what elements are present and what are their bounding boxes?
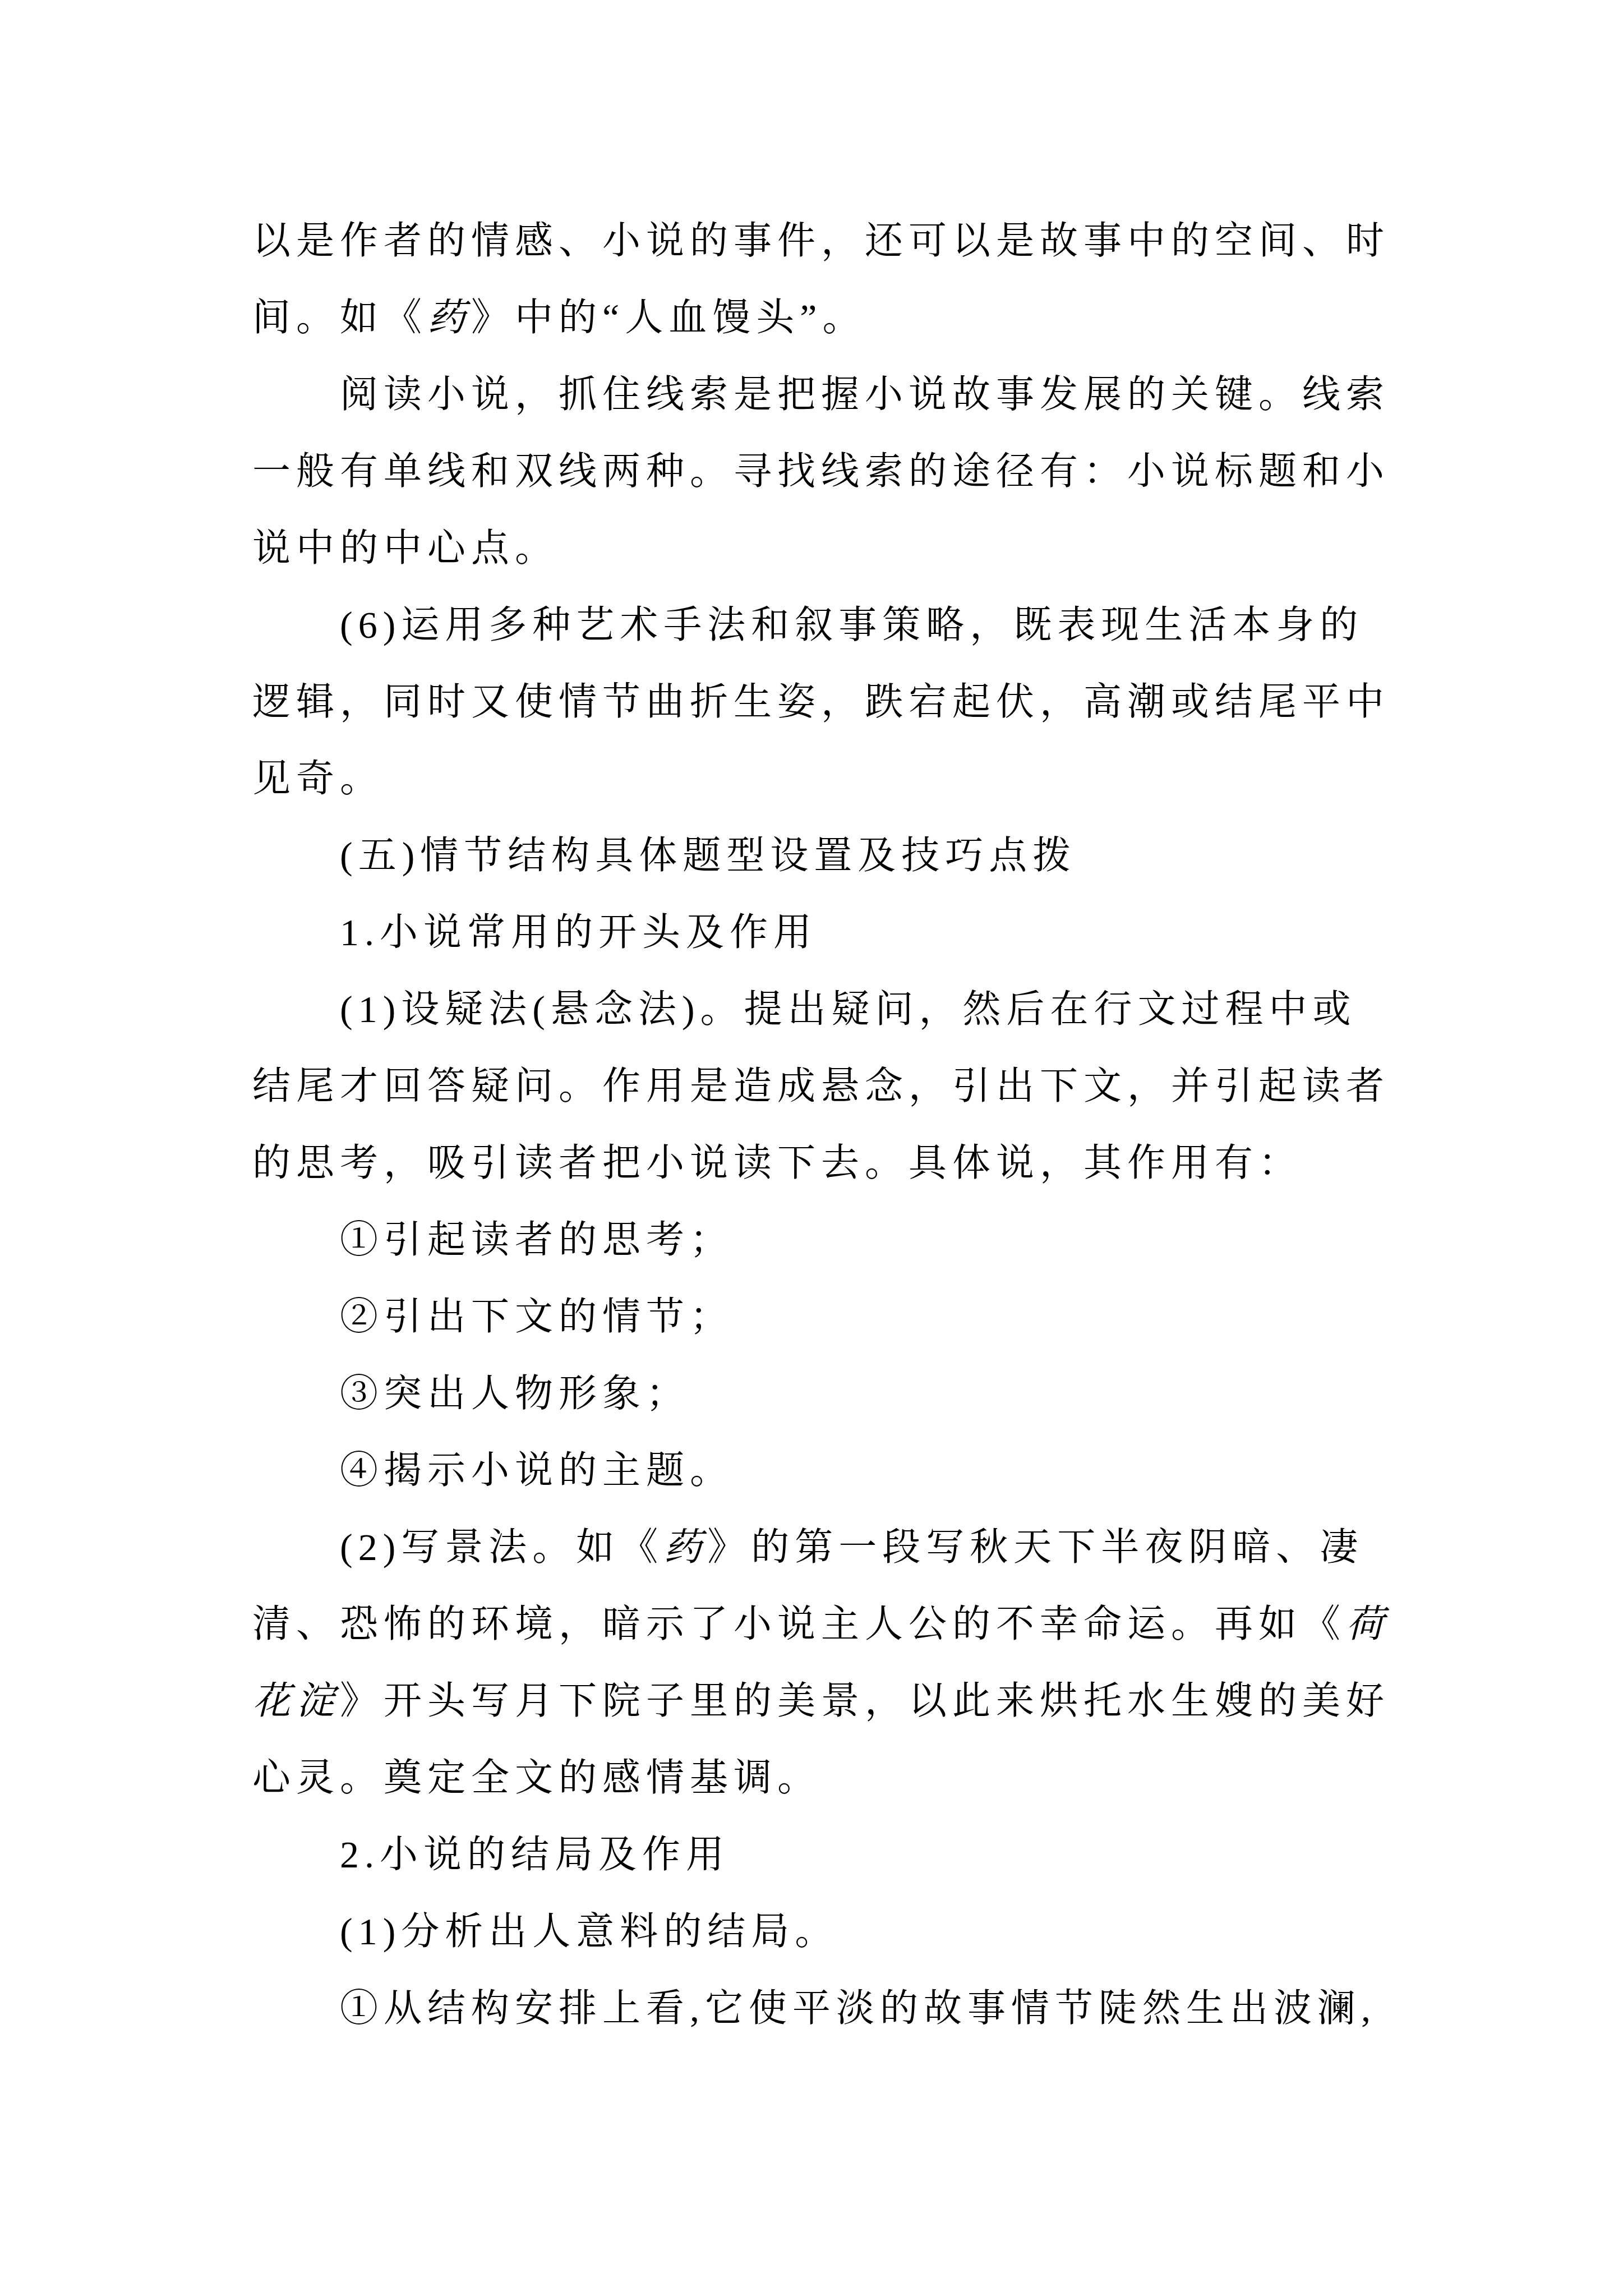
text-segment: 》开头写月下院子里的美景，以此来烘托水生嫂的美好: [340, 1680, 1390, 1722]
text-segment: 见奇。: [252, 757, 384, 800]
book-title: 药: [663, 1526, 707, 1568]
book-title: 荷: [1346, 1603, 1390, 1645]
text-segment: 逻辑，同时又使情节曲折生姿，跌宕起伏，高潮或结尾平中: [252, 680, 1390, 723]
text-segment: 间。如《: [252, 296, 427, 339]
text-line-2: 间。如《药》中的“人血馒头”。: [252, 279, 1387, 356]
text-line-8: 见奇。: [252, 740, 1387, 817]
book-title: 药: [427, 296, 471, 339]
text-segment: ③突出人物形象；: [340, 1372, 690, 1415]
text-segment: 2.小说的结局及作用: [340, 1833, 730, 1876]
text-line-10: 1.小说常用的开头及作用: [252, 894, 1387, 971]
text-line-18: (2)写景法。如《药》的第一段写秋天下半夜阴暗、凄: [252, 1509, 1387, 1586]
text-line-12: 结尾才回答疑问。作用是造成悬念，引出下文，并引起读者: [252, 1048, 1387, 1125]
text-line-21: 心灵。奠定全文的感情基调。: [252, 1740, 1387, 1816]
text-line-15: ②引出下文的情节；: [252, 1278, 1387, 1355]
text-segment: 说中的中心点。: [252, 527, 559, 569]
text-segment: 心灵。奠定全文的感情基调。: [252, 1756, 821, 1799]
text-segment: 阅读小说，抓住线索是把握小说故事发展的关键。线索: [340, 373, 1390, 416]
text-segment: (1)分析出人意料的结局。: [340, 1910, 838, 1953]
text-line-22: 2.小说的结局及作用: [252, 1816, 1387, 1893]
text-segment: 》的第一段写秋天下半夜阴暗、凄: [707, 1526, 1363, 1568]
document-text-block: 以是作者的情感、小说的事件，还可以是故事中的空间、时间。如《药》中的“人血馒头”…: [252, 203, 1387, 2047]
text-line-9: (五)情节结构具体题型设置及技巧点拨: [252, 817, 1387, 894]
text-segment: 》中的“人血馒头”。: [471, 296, 866, 339]
text-segment: (6)运用多种艺术手法和叙事策略，既表现生活本身的: [340, 604, 1363, 646]
text-segment: 一般有单线和双线两种。寻找线索的途径有：小说标题和小: [252, 450, 1390, 493]
text-line-4: 一般有单线和双线两种。寻找线索的途径有：小说标题和小: [252, 433, 1387, 510]
text-line-20: 花淀》开头写月下院子里的美景，以此来烘托水生嫂的美好: [252, 1663, 1387, 1740]
text-segment: (1)设疑法(悬念法)。提出疑问，然后在行文过程中或: [340, 988, 1357, 1030]
text-segment: (2)写景法。如《: [340, 1526, 663, 1568]
text-line-7: 逻辑，同时又使情节曲折生姿，跌宕起伏，高潮或结尾平中: [252, 664, 1387, 740]
text-line-17: ④揭示小说的主题。: [252, 1432, 1387, 1509]
text-line-14: ①引起读者的思考；: [252, 1202, 1387, 1278]
text-segment: ②引出下文的情节；: [340, 1295, 734, 1338]
text-line-3: 阅读小说，抓住线索是把握小说故事发展的关键。线索: [252, 356, 1387, 433]
text-segment: 清、恐怖的环境，暗示了小说主人公的不幸命运。再如《: [252, 1603, 1346, 1645]
text-line-16: ③突出人物形象；: [252, 1355, 1387, 1432]
text-line-19: 清、恐怖的环境，暗示了小说主人公的不幸命运。再如《荷: [252, 1586, 1387, 1663]
text-line-24: ①从结构安排上看,它使平淡的故事情节陡然生出波澜,: [252, 1970, 1387, 2047]
text-line-23: (1)分析出人意料的结局。: [252, 1893, 1387, 1970]
text-line-13: 的思考，吸引读者把小说读下去。具体说，其作用有：: [252, 1125, 1387, 1202]
text-segment: 的思考，吸引读者把小说读下去。具体说，其作用有：: [252, 1142, 1302, 1184]
text-segment: (五)情节结构具体题型设置及技巧点拨: [340, 834, 1076, 877]
text-segment: 以是作者的情感、小说的事件，还可以是故事中的空间、时: [252, 219, 1390, 262]
text-segment: 结尾才回答疑问。作用是造成悬念，引出下文，并引起读者: [252, 1065, 1390, 1107]
text-line-11: (1)设疑法(悬念法)。提出疑问，然后在行文过程中或: [252, 971, 1387, 1048]
text-segment: ④揭示小说的主题。: [340, 1449, 734, 1492]
text-line-6: (6)运用多种艺术手法和叙事策略，既表现生活本身的: [252, 587, 1387, 664]
book-title: 花淀: [252, 1680, 340, 1722]
text-line-1: 以是作者的情感、小说的事件，还可以是故事中的空间、时: [252, 203, 1387, 279]
text-segment: 1.小说常用的开头及作用: [340, 911, 817, 954]
text-line-5: 说中的中心点。: [252, 510, 1387, 587]
document-page: 以是作者的情感、小说的事件，还可以是故事中的空间、时间。如《药》中的“人血馒头”…: [0, 0, 1623, 2296]
text-segment: ①从结构安排上看,它使平淡的故事情节陡然生出波澜,: [340, 1987, 1376, 2030]
text-segment: ①引起读者的思考；: [340, 1218, 734, 1261]
